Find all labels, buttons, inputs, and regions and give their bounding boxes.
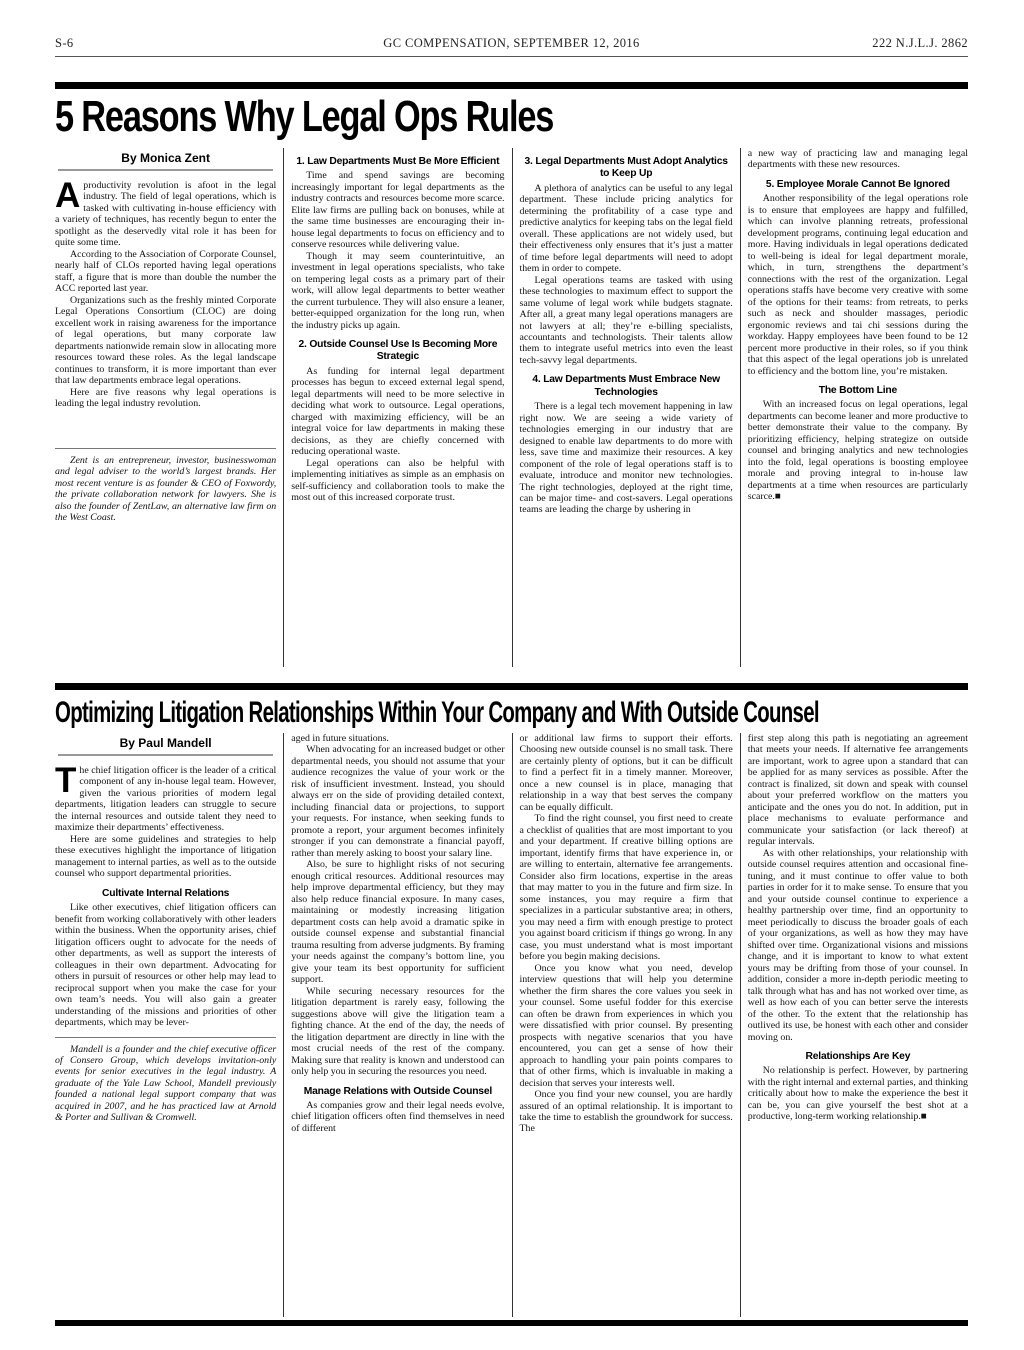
paragraph: A plethora of analytics can be useful to… (520, 183, 733, 275)
paragraph: Though it may seem counterintuitive, an … (291, 251, 504, 331)
article1-column-1: By Monica Zent Aproductivity revolution … (55, 148, 283, 667)
top-divider-bar (55, 82, 968, 89)
paragraph: The chief litigation officer is the lead… (55, 765, 276, 834)
paragraph: There is a legal tech movement happening… (520, 401, 733, 516)
section-heading: 4. Law Departments Must Embrace New Tech… (520, 374, 733, 399)
masthead: S-6 GC COMPENSATION, SEPTEMBER 12, 2016 … (55, 0, 968, 57)
article2-byline: By Paul Mandell (58, 733, 273, 756)
author-bio-text: Mandell is a founder and the chief execu… (55, 1044, 276, 1124)
paragraph: To find the right counsel, you first nee… (520, 813, 733, 962)
paragraph: first step along this path is negotiatin… (748, 733, 968, 848)
section-heading: 3. Legal Departments Must Adopt Analytic… (520, 156, 733, 181)
section-heading: Cultivate Internal Relations (55, 888, 276, 900)
article2-column-1: By Paul Mandell The chief litigation off… (55, 733, 283, 1317)
paragraph: or additional law firms to support their… (520, 733, 733, 813)
section-heading: 1. Law Departments Must Be More Efficien… (291, 156, 504, 168)
paragraph: a new way of practicing law and managing… (748, 148, 968, 171)
article1-column-2: 1. Law Departments Must Be More Efficien… (283, 148, 511, 667)
article1-byline: By Monica Zent (58, 148, 273, 171)
paragraph: Time and spend savings are becoming incr… (291, 170, 504, 250)
paragraph: With an increased focus on legal operati… (748, 399, 968, 502)
paragraph: Once you know what you need, develop int… (520, 963, 733, 1089)
author-bio: Zent is an entrepreneur, investor, busin… (55, 448, 276, 524)
paragraph: Here are some guidelines and strategies … (55, 834, 276, 880)
paragraph: No relationship is perfect. However, by … (748, 1065, 968, 1122)
paragraph: Also, be sure to highlight risks of not … (291, 859, 504, 985)
author-bio-text: Zent is an entrepreneur, investor, busin… (55, 455, 276, 524)
section-heading: Manage Relations with Outside Counsel (291, 1086, 504, 1098)
paragraph: Here are five reasons why legal operatio… (55, 387, 276, 410)
masthead-page-number: S-6 (55, 36, 383, 51)
paragraph: According to the Association of Corporat… (55, 249, 276, 295)
section-heading: 2. Outside Counsel Use Is Becoming More … (291, 339, 504, 364)
paragraph: Legal operations teams are tasked with u… (520, 275, 733, 367)
paragraph: aged in future situations. (291, 733, 504, 744)
section-heading: 5. Employee Morale Cannot Be Ignored (748, 179, 968, 191)
drop-cap: A (55, 180, 83, 209)
article2-column-3: or additional law firms to support their… (512, 733, 740, 1317)
article1-headline: 5 Reasons Why Legal Ops Rules (55, 92, 968, 143)
drop-cap: T (55, 765, 79, 794)
masthead-title: GC COMPENSATION, SEPTEMBER 12, 2016 (383, 36, 639, 51)
paragraph: Another responsibility of the legal oper… (748, 193, 968, 377)
author-bio: Mandell is a founder and the chief execu… (55, 1037, 276, 1124)
paragraph: As funding for internal legal department… (291, 366, 504, 458)
paragraph: While securing necessary resources for t… (291, 986, 504, 1078)
paragraph: Legal operations can also be helpful wit… (291, 458, 504, 504)
paragraph: Like other executives, chief litigation … (55, 902, 276, 1028)
paragraph: Aproductivity revolution is afoot in the… (55, 180, 276, 249)
section-heading: The Bottom Line (748, 385, 968, 397)
article2-column-4: first step along this path is negotiatin… (740, 733, 968, 1317)
article1-column-3: 3. Legal Departments Must Adopt Analytic… (512, 148, 740, 667)
paragraph: As with other relationships, your relati… (748, 848, 968, 1043)
article2-column-2: aged in future situations. When advocati… (283, 733, 511, 1317)
section-heading: Relationships Are Key (748, 1051, 968, 1063)
article2: By Paul Mandell The chief litigation off… (55, 733, 968, 1317)
article1: By Monica Zent Aproductivity revolution … (55, 148, 968, 667)
paragraph: Organizations such as the freshly minted… (55, 295, 276, 387)
paragraph: When advocating for an increased budget … (291, 744, 504, 859)
masthead-citation: 222 N.J.L.J. 2862 (872, 36, 968, 51)
paragraph: Once you find your new counsel, you are … (520, 1089, 733, 1135)
middle-divider-bar (55, 683, 968, 690)
newspaper-page: S-6 GC COMPENSATION, SEPTEMBER 12, 2016 … (0, 0, 1024, 1350)
bottom-divider-bar (55, 1320, 968, 1326)
paragraph: As companies grow and their legal needs … (291, 1100, 504, 1134)
article2-headline: Optimizing Litigation Relationships With… (55, 693, 968, 731)
article1-column-4: a new way of practicing law and managing… (740, 148, 968, 667)
